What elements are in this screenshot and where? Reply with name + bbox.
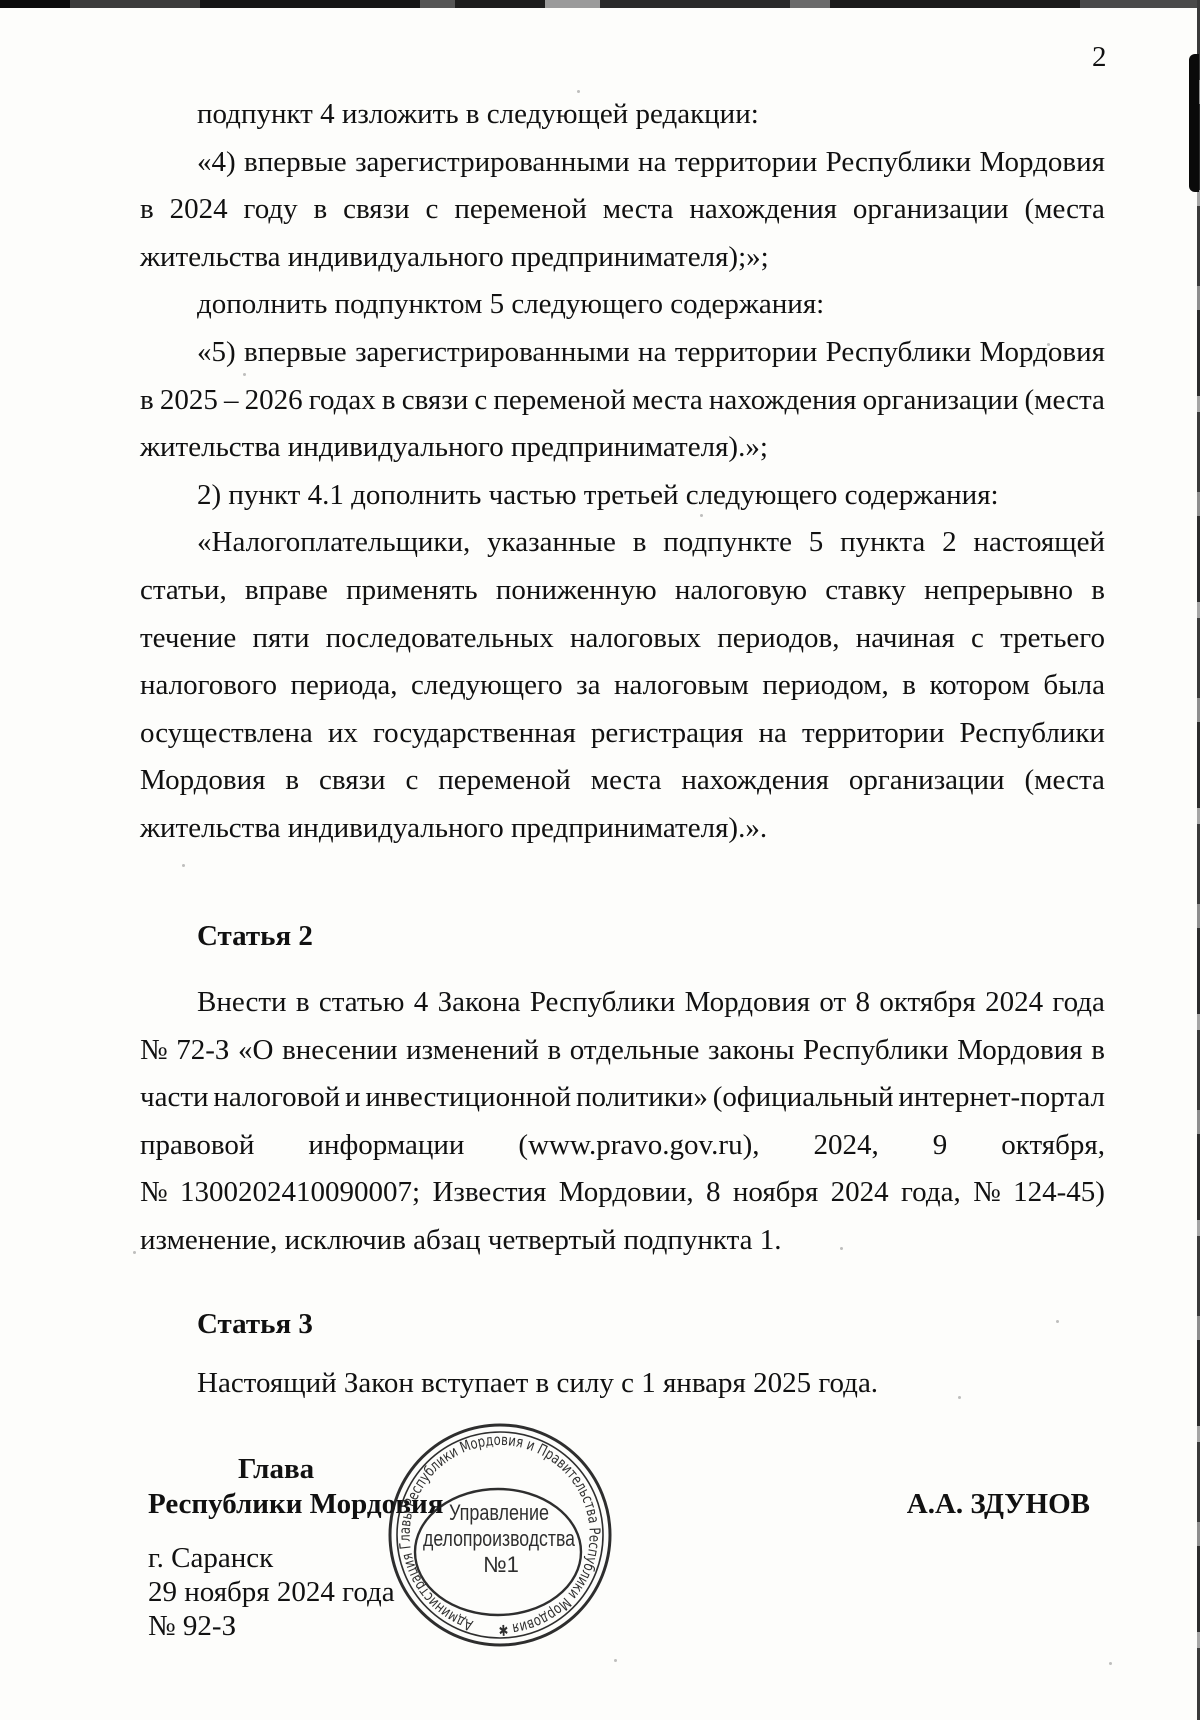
article-heading: Статья 2 [140,913,1105,961]
document-body: подпункт 4 изложить в следующей редакции… [140,91,1105,1408]
text-line: жительства индивидуального предпринимате… [140,234,1105,282]
text-line: 2) пункт 4.1 дополнить частью третьей сл… [140,472,1105,520]
signature-city: г. Саранск [148,1541,395,1575]
text-line: Внестивстатью4ЗаконаРеспубликиМордовияот… [140,979,1105,1027]
scan-artifact-top-edge [0,0,1200,8]
stamp-center-line-1: Управление [449,1500,549,1525]
signature-role-line-1: Глава [140,1452,1105,1487]
paragraph-spacer [140,853,1105,913]
signature-date: 29 ноября 2024 года [148,1575,395,1609]
place-date-block: г. Саранск 29 ноября 2024 года № 92-З [148,1541,395,1643]
scan-speck [1109,1662,1112,1665]
text-line: Мордовиявсвязиспеременойместанахожденияо… [140,757,1105,805]
text-line: налоговогопериода,следующегозаналоговымп… [140,662,1105,710]
signatory-name: А.А. ЗДУНОВ [907,1487,1090,1522]
text-line: «5)впервыезарегистрированныминатерритори… [140,329,1105,377]
text-line: дополнить подпунктом 5 следующего содерж… [140,281,1105,329]
law-number: № 92-З [148,1609,395,1643]
text-line: статьи,вправеприменятьпониженнуюналогову… [140,567,1105,615]
text-line: «4)впервыезарегистрированныминатерритори… [140,139,1105,187]
article-heading: Статья 3 [140,1301,1105,1349]
official-stamp: Администрация Главы Республики Мордовия … [388,1421,614,1649]
scan-speck [614,1659,617,1662]
paragraph-spacer [140,1348,1105,1360]
signature-role-row: Республики Мордовия А.А. ЗДУНОВ [140,1487,1105,1522]
text-line: №1300202410090007;ИзвестияМордовии,8нояб… [140,1169,1105,1217]
signature-block: Глава Республики Мордовия А.А. ЗДУНОВ [140,1452,1105,1522]
scan-speck [133,1251,136,1254]
text-line: жительства индивидуального предпринимате… [140,805,1105,853]
paragraph-spacer [140,960,1105,979]
text-line: в2025–2026годахвсвязиспеременойместанахо… [140,377,1105,425]
text-line: Настоящий Закон вступает в силу с 1 янва… [140,1360,1105,1408]
document-page: 2 подпункт 4 изложить в следующей редакц… [0,0,1200,1720]
text-line: частиналоговойиинвестиционнойполитики»(о… [140,1074,1105,1122]
text-line: осуществленаихгосударственнаярегистрация… [140,710,1105,758]
page-number: 2 [1092,40,1107,74]
paragraph-spacer [140,1265,1105,1301]
stamp-center-line-2: делопроизводства [423,1526,576,1551]
stamp-center-line-3: №1 [483,1552,519,1577]
text-line: в2024годувсвязиспеременойместанахождения… [140,186,1105,234]
text-line: изменение, исключив абзац четвертый подп… [140,1217,1105,1265]
text-line: №72-З«Овнесенииизмененийвотдельныезаконы… [140,1027,1105,1075]
text-line: правовойинформации(www.pravo.gov.ru),202… [140,1122,1105,1170]
text-line: течениепятипоследовательныхналоговыхпери… [140,615,1105,663]
text-line: жительства индивидуального предпринимате… [140,424,1105,472]
scan-artifact-right-edge-blob [1189,54,1199,192]
text-line: подпункт 4 изложить в следующей редакции… [140,91,1105,139]
text-line: «Налогоплательщики,указанныевподпункте5п… [140,519,1105,567]
